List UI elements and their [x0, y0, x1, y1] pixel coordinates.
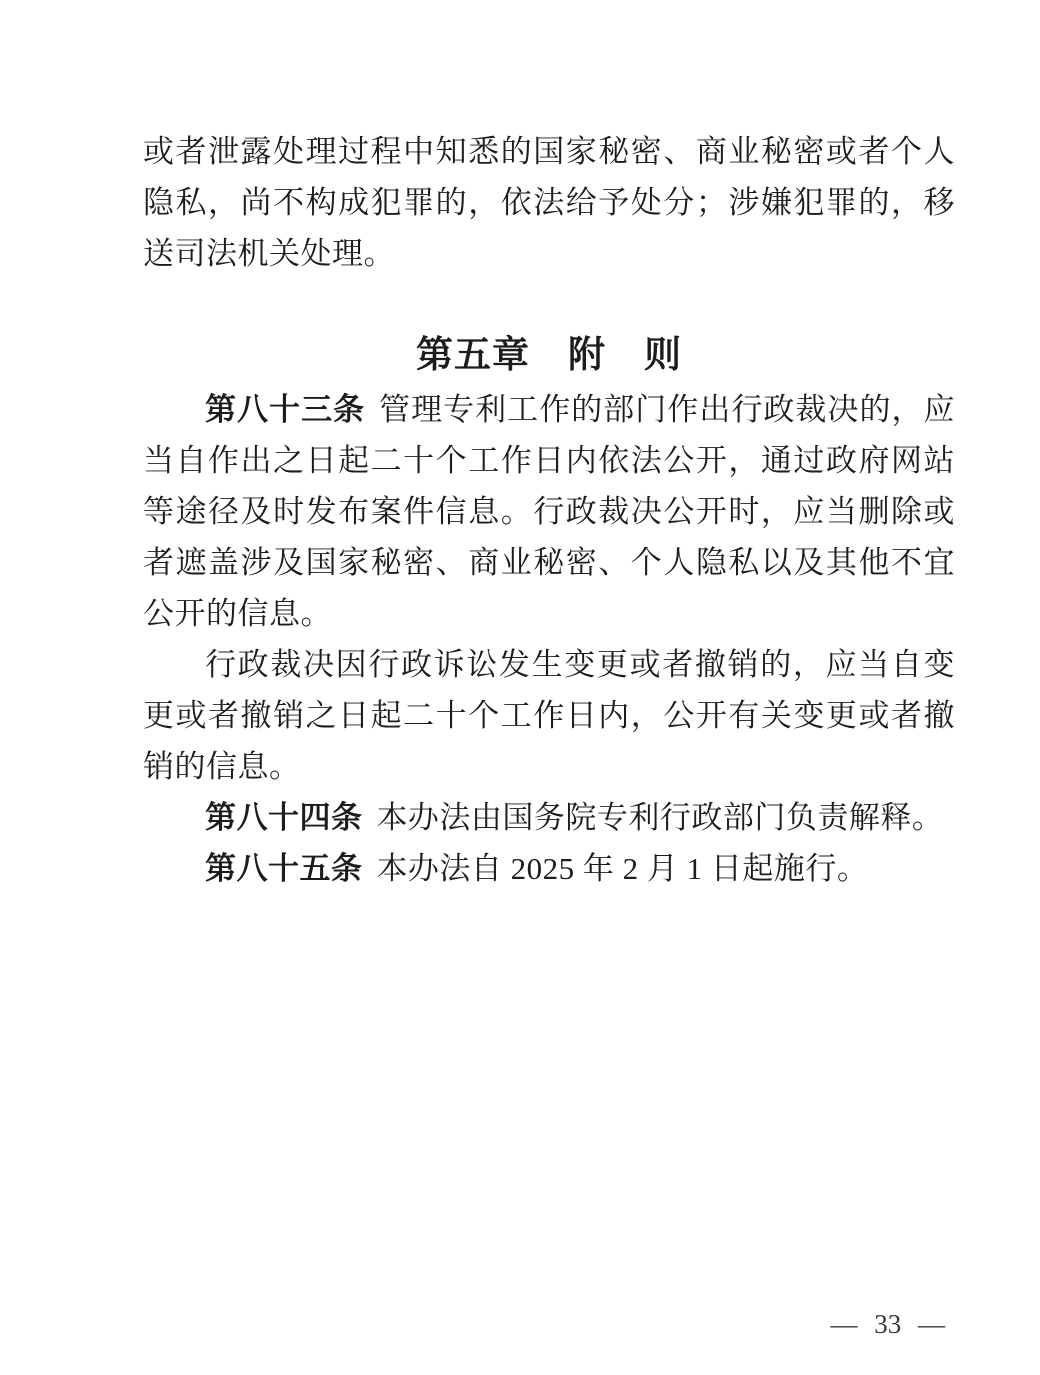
article-85-text: 本办法自 2025 年 2 月 1 日起施行。: [376, 851, 868, 886]
paragraph-article-85: 第八十五条本办法自 2025 年 2 月 1 日起施行。: [143, 843, 955, 894]
article-83-number: 第八十三条: [205, 392, 365, 427]
chapter-heading: 第五章 附 则: [143, 330, 955, 381]
paragraph-article-84: 第八十四条本办法由国务院专利行政部门负责解释。: [143, 792, 955, 843]
article-84-number: 第八十四条: [205, 800, 363, 835]
article-85-number: 第八十五条: [205, 851, 363, 886]
article-84-text: 本办法由国务院专利行政部门负责解释。: [376, 800, 943, 835]
paragraph-continuation: 或者泄露处理过程中知悉的国家秘密、商业秘密或者个人隐私，尚不构成犯罪的，依法给予…: [143, 126, 955, 279]
paragraph-article-83: 第八十三条管理专利工作的部门作出行政裁决的，应当自作出之日起二十个工作日内依法公…: [143, 384, 955, 639]
paragraph-article-83-clause-2: 行政裁决因行政诉讼发生变更或者撤销的，应当自变更或者撤销之日起二十个工作日内，公…: [143, 639, 955, 792]
page-number: — 33 —: [831, 1308, 946, 1340]
article-83-text: 管理专利工作的部门作出行政裁决的，应当自作出之日起二十个工作日内依法公开，通过政…: [143, 392, 955, 631]
document-page: 或者泄露处理过程中知悉的国家秘密、商业秘密或者个人隐私，尚不构成犯罪的，依法给予…: [0, 0, 1040, 1375]
